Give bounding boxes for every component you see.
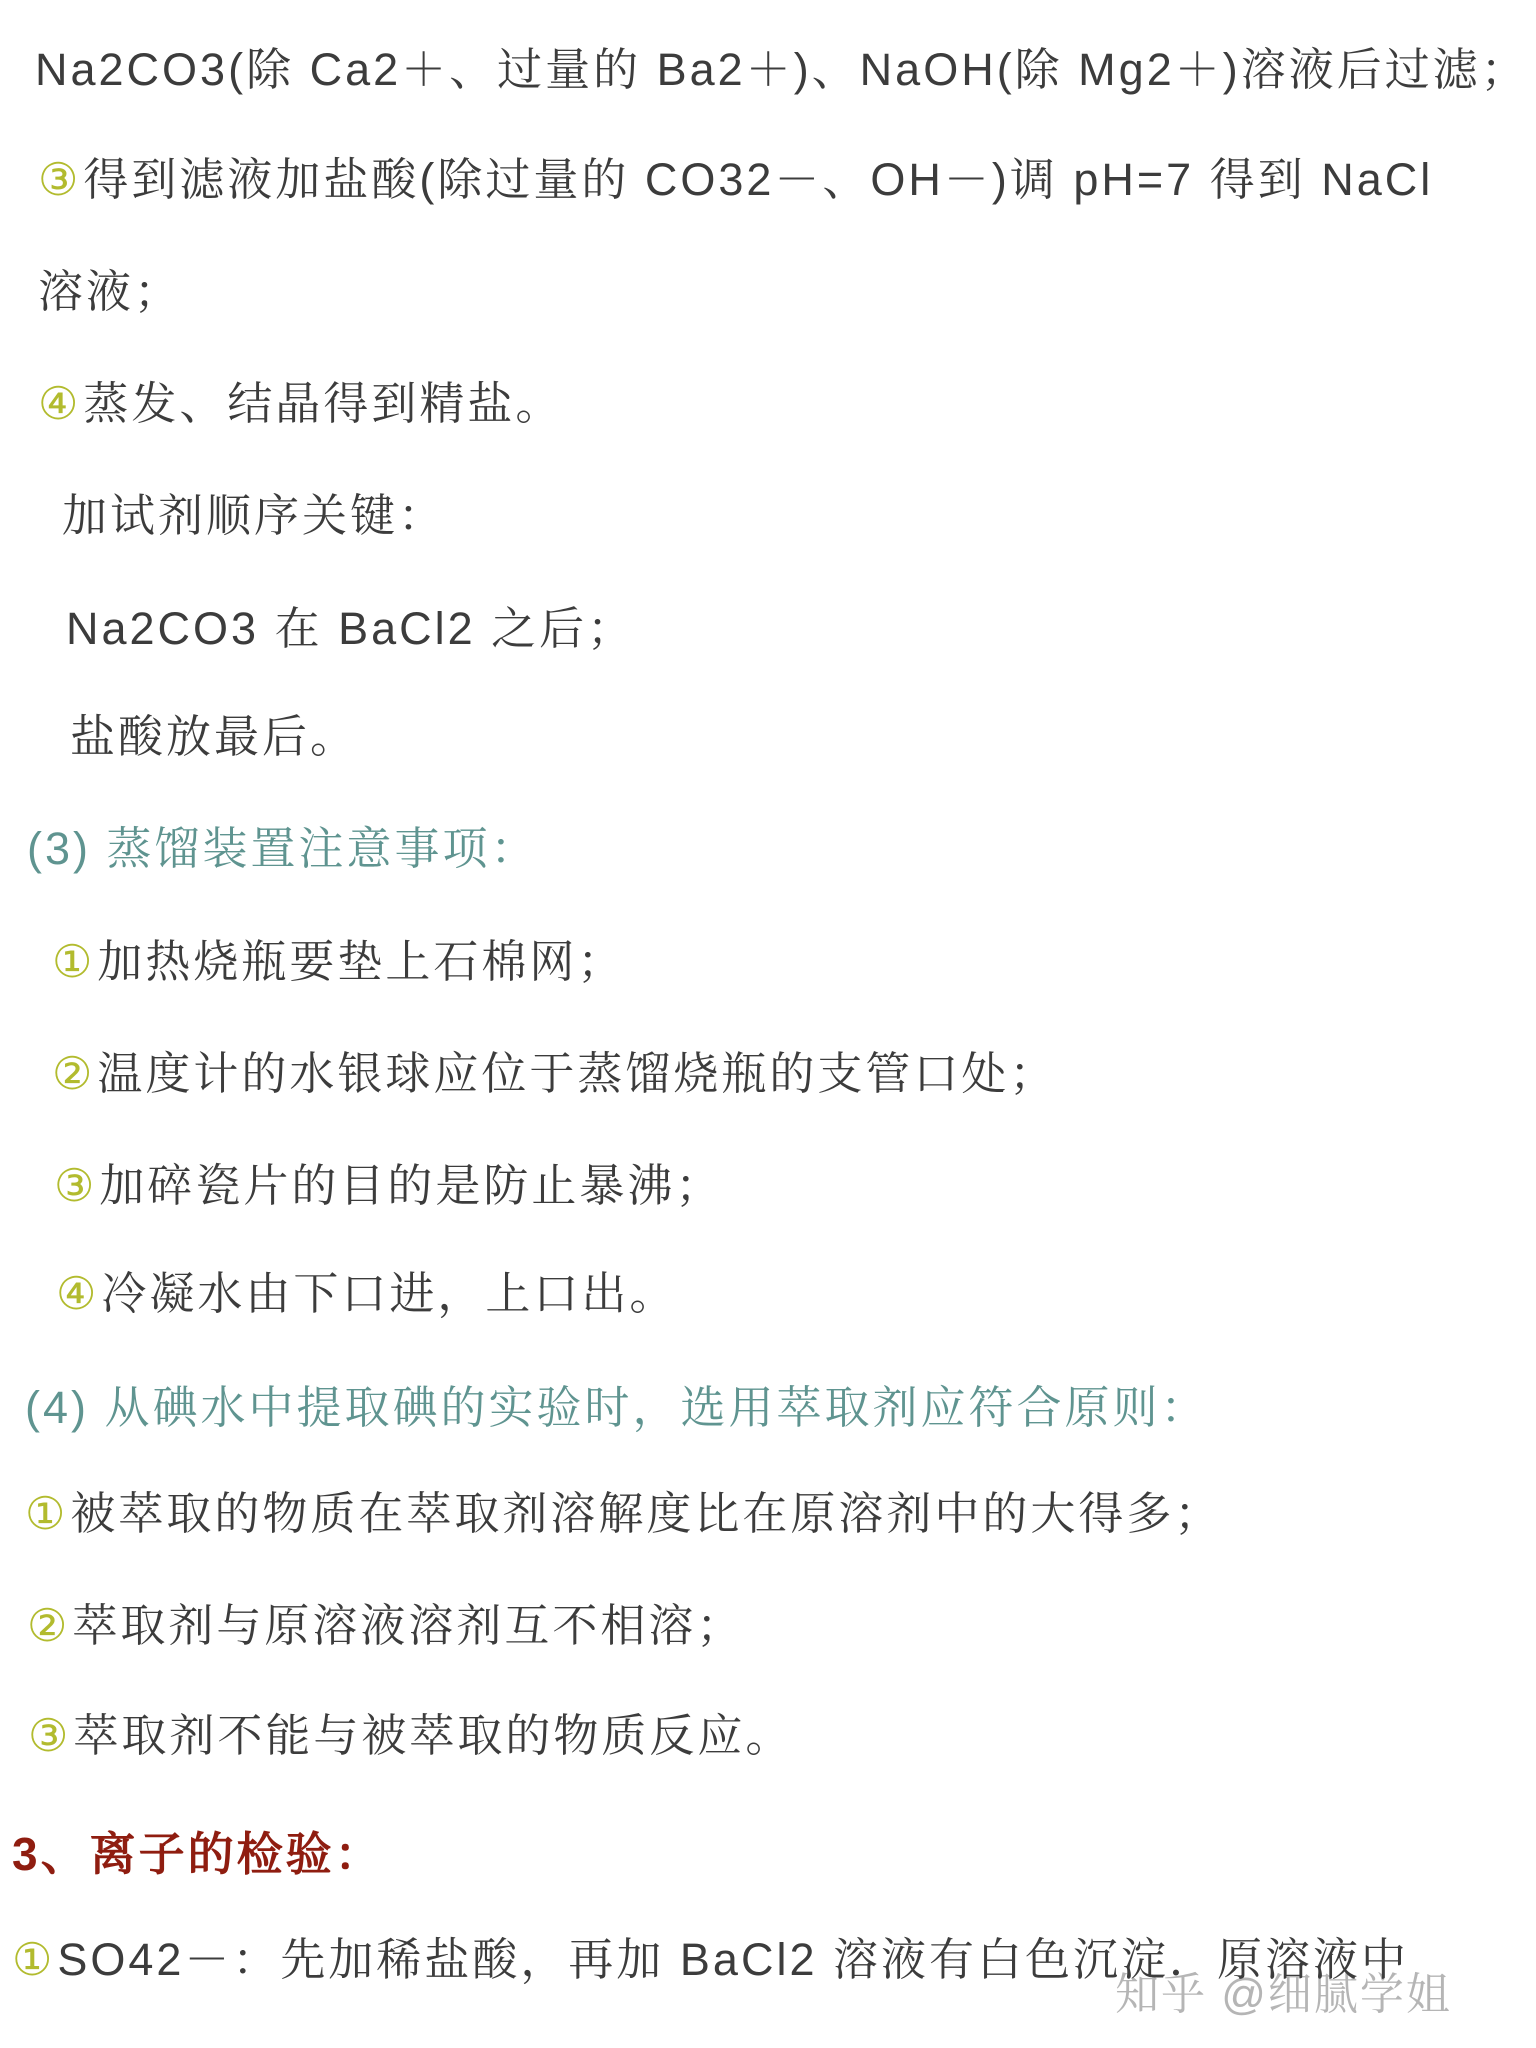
notes-page: Na2CO3(除 Ca2＋、过量的 Ba2＋)、NaOH(除 Mg2＋)溶液后过…: [0, 0, 1536, 2048]
line-text: 得到滤液加盐酸(除过量的 CO32－、OH－)调 pH=7 得到 NaCl: [83, 154, 1433, 205]
note-line-step3: ③得到滤液加盐酸(除过量的 CO32－、OH－)调 pH=7 得到 NaCl: [38, 143, 1433, 208]
note-line-step4: ④蒸发、结晶得到精盐。: [38, 367, 563, 432]
circled-3-marker: ③: [38, 154, 81, 205]
note-line-wrap: 溶液；: [38, 255, 182, 320]
note-line-extract-2: ②萃取剂与原溶液溶剂互不相溶；: [27, 1589, 744, 1654]
circled-3-marker: ③: [54, 1160, 97, 1211]
note-line-key-order: 加试剂顺序关键：: [62, 479, 446, 544]
line-text: 溶液；: [38, 266, 182, 317]
line-text: Na2CO3(除 Ca2＋、过量的 Ba2＋)、NaOH(除 Mg2＋)溶液后过…: [35, 44, 1529, 95]
note-line-extract-3: ③萃取剂不能与被萃取的物质反应。: [28, 1699, 793, 1764]
note-line-so4-test: ①SO42－：先加稀盐酸，再加 BaCl2 溶液有白色沉淀．原溶液中: [12, 1923, 1409, 1988]
circled-2-marker: ②: [52, 1048, 95, 1099]
line-text: SO42－：先加稀盐酸，再加 BaCl2 溶液有白色沉淀．原溶液中: [57, 1934, 1409, 1985]
circled-1-marker: ①: [12, 1934, 55, 1985]
circled-4-marker: ④: [56, 1268, 99, 1319]
line-text: Na2CO3 在 BaCl2 之后；: [66, 603, 635, 654]
circled-1-marker: ①: [52, 936, 95, 987]
line-text: (3) 蒸馏装置注意事项：: [27, 823, 539, 874]
circled-4-marker: ④: [38, 378, 81, 429]
line-text: 萃取剂与原溶液溶剂互不相溶；: [72, 1600, 744, 1651]
line-text: 3、离子的检验：: [12, 1828, 384, 1880]
note-line-na2co3-after-bacl2: Na2CO3 在 BaCl2 之后；: [66, 592, 635, 657]
note-line-hcl-last: 盐酸放最后。: [70, 700, 358, 765]
note-line-dist-3: ③加碎瓷片的目的是防止暴沸；: [54, 1149, 723, 1214]
heading-ion-tests: 3、离子的检验：: [12, 1818, 384, 1884]
note-line-dist-2: ②温度计的水银球应位于蒸馏烧瓶的支管口处；: [52, 1037, 1057, 1102]
section-heading-distillation: (3) 蒸馏装置注意事项：: [27, 812, 539, 877]
line-text: 加碎瓷片的目的是防止暴沸；: [99, 1160, 723, 1211]
line-text: 萃取剂不能与被萃取的物质反应。: [73, 1710, 793, 1761]
note-line-extract-1: ①被萃取的物质在萃取剂溶解度比在原溶剂中的大得多；: [25, 1477, 1222, 1542]
line-text: 冷凝水由下口进，上口出。: [101, 1268, 677, 1319]
line-text: 蒸发、结晶得到精盐。: [83, 378, 563, 429]
line-text: 加试剂顺序关键：: [62, 490, 446, 541]
line-text: (4) 从碘水中提取碘的实验时，选用萃取剂应符合原则：: [25, 1382, 1209, 1433]
line-text: 加热烧瓶要垫上石棉网；: [97, 936, 625, 987]
line-text: 被萃取的物质在萃取剂溶解度比在原溶剂中的大得多；: [70, 1488, 1222, 1539]
note-line-dist-4: ④冷凝水由下口进，上口出。: [56, 1257, 677, 1322]
note-line-continuation: Na2CO3(除 Ca2＋、过量的 Ba2＋)、NaOH(除 Mg2＋)溶液后过…: [35, 33, 1529, 98]
circled-1-marker: ①: [25, 1488, 68, 1539]
line-text: 温度计的水银球应位于蒸馏烧瓶的支管口处；: [97, 1048, 1057, 1099]
section-heading-extraction: (4) 从碘水中提取碘的实验时，选用萃取剂应符合原则：: [25, 1371, 1209, 1436]
line-text: 盐酸放最后。: [70, 711, 358, 762]
circled-2-marker: ②: [27, 1600, 70, 1651]
circled-3-marker: ③: [28, 1710, 71, 1761]
note-line-dist-1: ①加热烧瓶要垫上石棉网；: [52, 925, 625, 990]
